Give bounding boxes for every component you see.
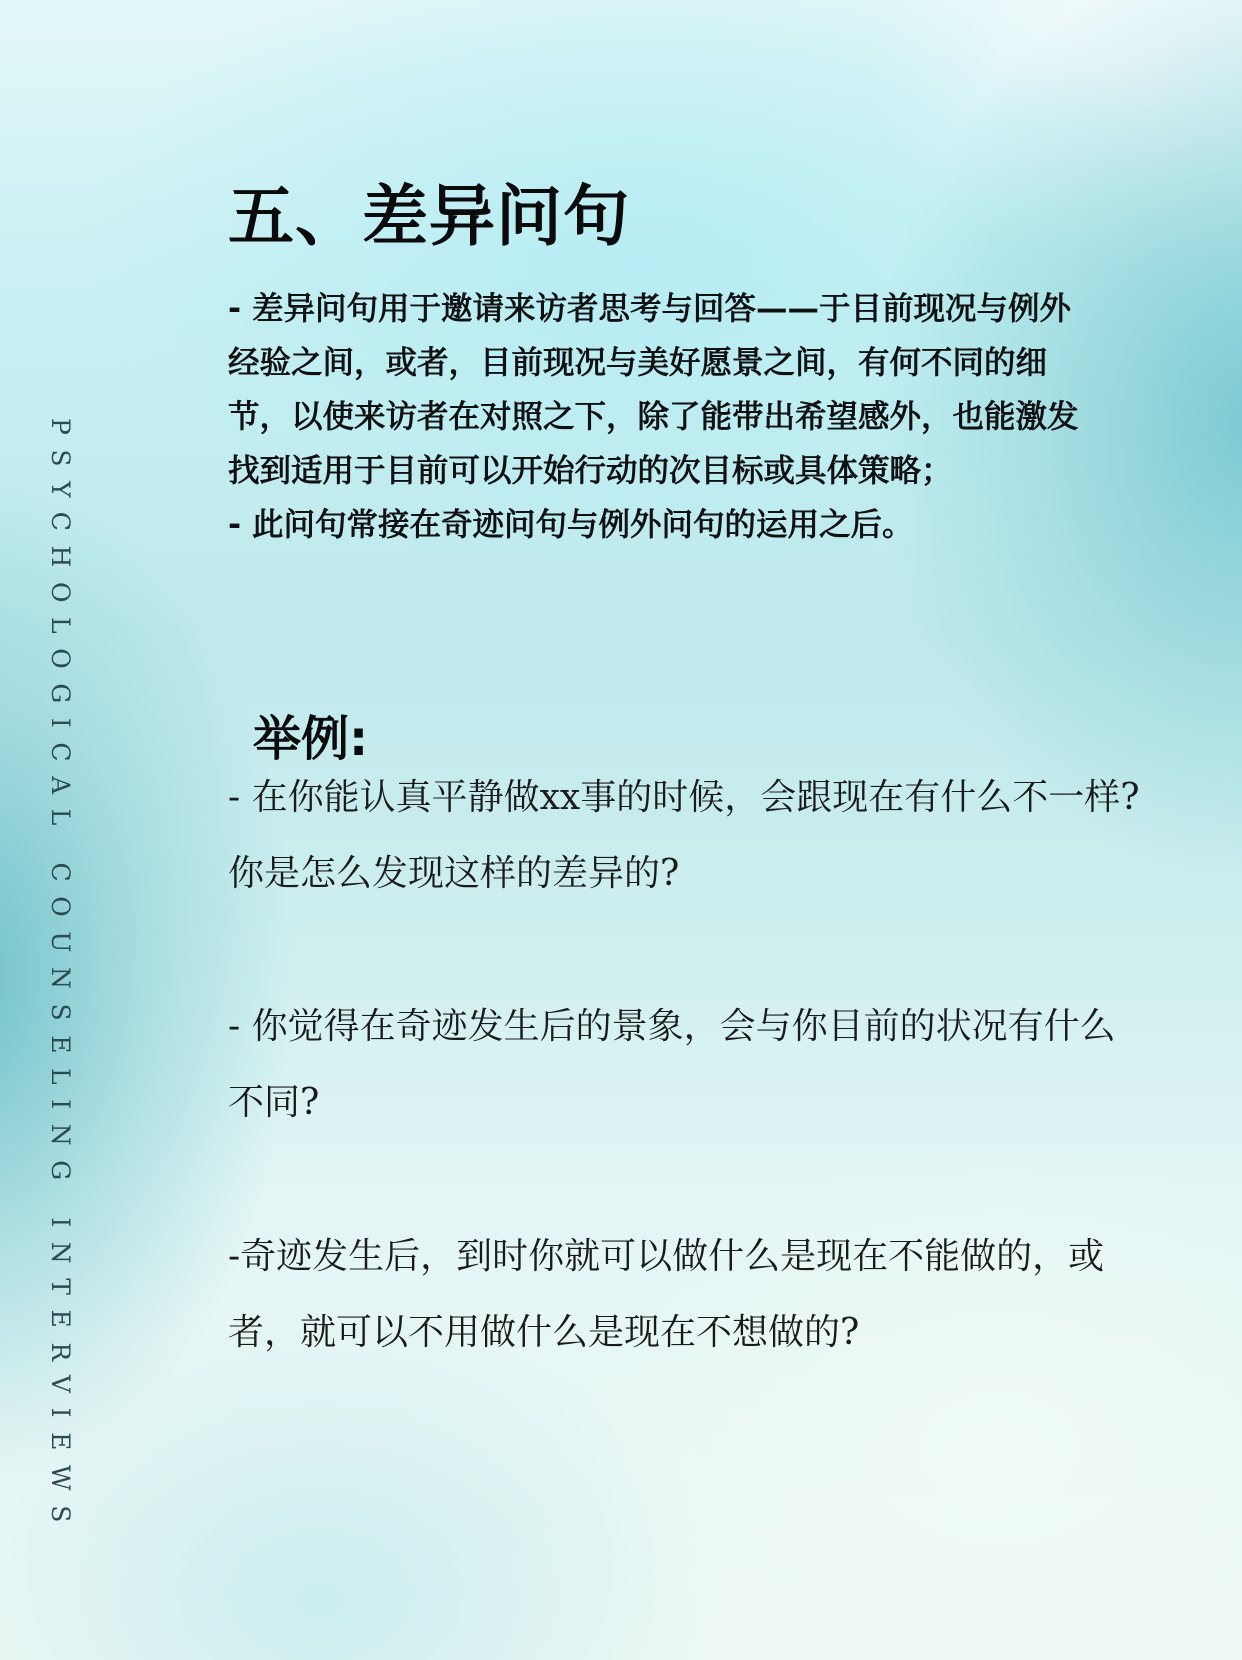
intro-paragraph: - 此问句常接在奇迹问句与例外问句的运用之后。 (228, 498, 1088, 552)
example-item: -奇迹发生后，到时你就可以做什么是现在不能做的，或者，就可以不用做什么是现在不想… (228, 1219, 1148, 1371)
intro-section: - 差异问句用于邀请来访者思考与回答——于目前现况与例外经验之间，或者，目前现况… (228, 282, 1088, 552)
example-item: - 在你能认真平静做xx事的时候，会跟现在有什么不一样?你是怎么发现这样的差异的… (228, 760, 1148, 912)
example-item: - 你觉得在奇迹发生后的景象，会与你目前的状况有什么不同? (228, 989, 1148, 1141)
vertical-side-label: PSYCHOLOGICAL COUNSELING INTERVIEWS (46, 418, 75, 1537)
intro-paragraph: - 差异问句用于邀请来访者思考与回答——于目前现况与例外经验之间，或者，目前现况… (228, 282, 1088, 498)
examples-heading: 举例: (253, 700, 368, 769)
page-title: 五、差异问句 (228, 163, 630, 258)
